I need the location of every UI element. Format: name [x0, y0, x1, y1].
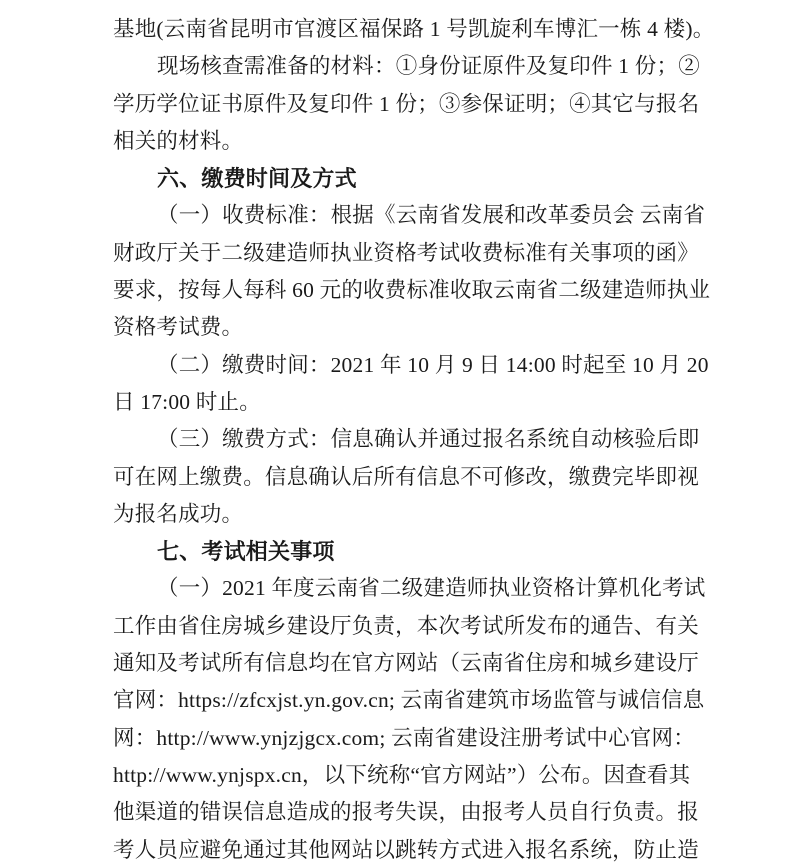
text-line: 考人员应避免通过其他网站以跳转方式进入报名系统，防止造 [113, 832, 687, 862]
document-page: 基地(云南省昆明市官渡区福保路 1 号凯旋利车博汇一栋 4 楼)。现场核查需准备… [0, 0, 794, 862]
text-line: 工作由省住房城乡建设厅负责，本次考试所发布的通告、有关 [113, 608, 687, 645]
document-text-block: 基地(云南省昆明市官渡区福保路 1 号凯旋利车博汇一栋 4 楼)。现场核查需准备… [113, 11, 687, 862]
text-line: 现场核查需准备的材料：①身份证原件及复印件 1 份；② [113, 48, 687, 85]
text-line: 官网：https://zfcxjst.yn.gov.cn; 云南省建筑市场监管与… [113, 682, 687, 719]
text-line: （一）收费标准：根据《云南省发展和改革委员会 云南省 [113, 197, 687, 234]
text-line: 基地(云南省昆明市官渡区福保路 1 号凯旋利车博汇一栋 4 楼)。 [113, 11, 687, 48]
text-line: 财政厅关于二级建造师执业资格考试收费标准有关事项的函》 [113, 235, 687, 272]
text-line: http://www.ynjspx.cn，以下统称“官方网站”）公布。因查看其 [113, 757, 687, 794]
text-line: 资格考试费。 [113, 309, 687, 346]
text-line: 他渠道的错误信息造成的报考失误，由报考人员自行负责。报 [113, 794, 687, 831]
section-heading: 六、缴费时间及方式 [113, 160, 687, 197]
text-line: 日 17:00 时止。 [113, 384, 687, 421]
text-line: 通知及考试所有信息均在官方网站（云南省住房和城乡建设厅 [113, 645, 687, 682]
section-heading: 七、考试相关事项 [113, 533, 687, 570]
text-line: 学历学位证书原件及复印件 1 份；③参保证明；④其它与报名 [113, 86, 687, 123]
text-line: 为报名成功。 [113, 496, 687, 533]
text-line: （三）缴费方式：信息确认并通过报名系统自动核验后即 [113, 421, 687, 458]
text-line: 网：http://www.ynjzjgcx.com; 云南省建设注册考试中心官网… [113, 720, 687, 757]
text-line: （一）2021 年度云南省二级建造师执业资格计算机化考试 [113, 570, 687, 607]
text-line: 相关的材料。 [113, 123, 687, 160]
text-line: 可在网上缴费。信息确认后所有信息不可修改，缴费完毕即视 [113, 459, 687, 496]
text-line: （二）缴费时间：2021 年 10 月 9 日 14:00 时起至 10 月 2… [113, 347, 687, 384]
text-line: 要求，按每人每科 60 元的收费标准收取云南省二级建造师执业 [113, 272, 687, 309]
